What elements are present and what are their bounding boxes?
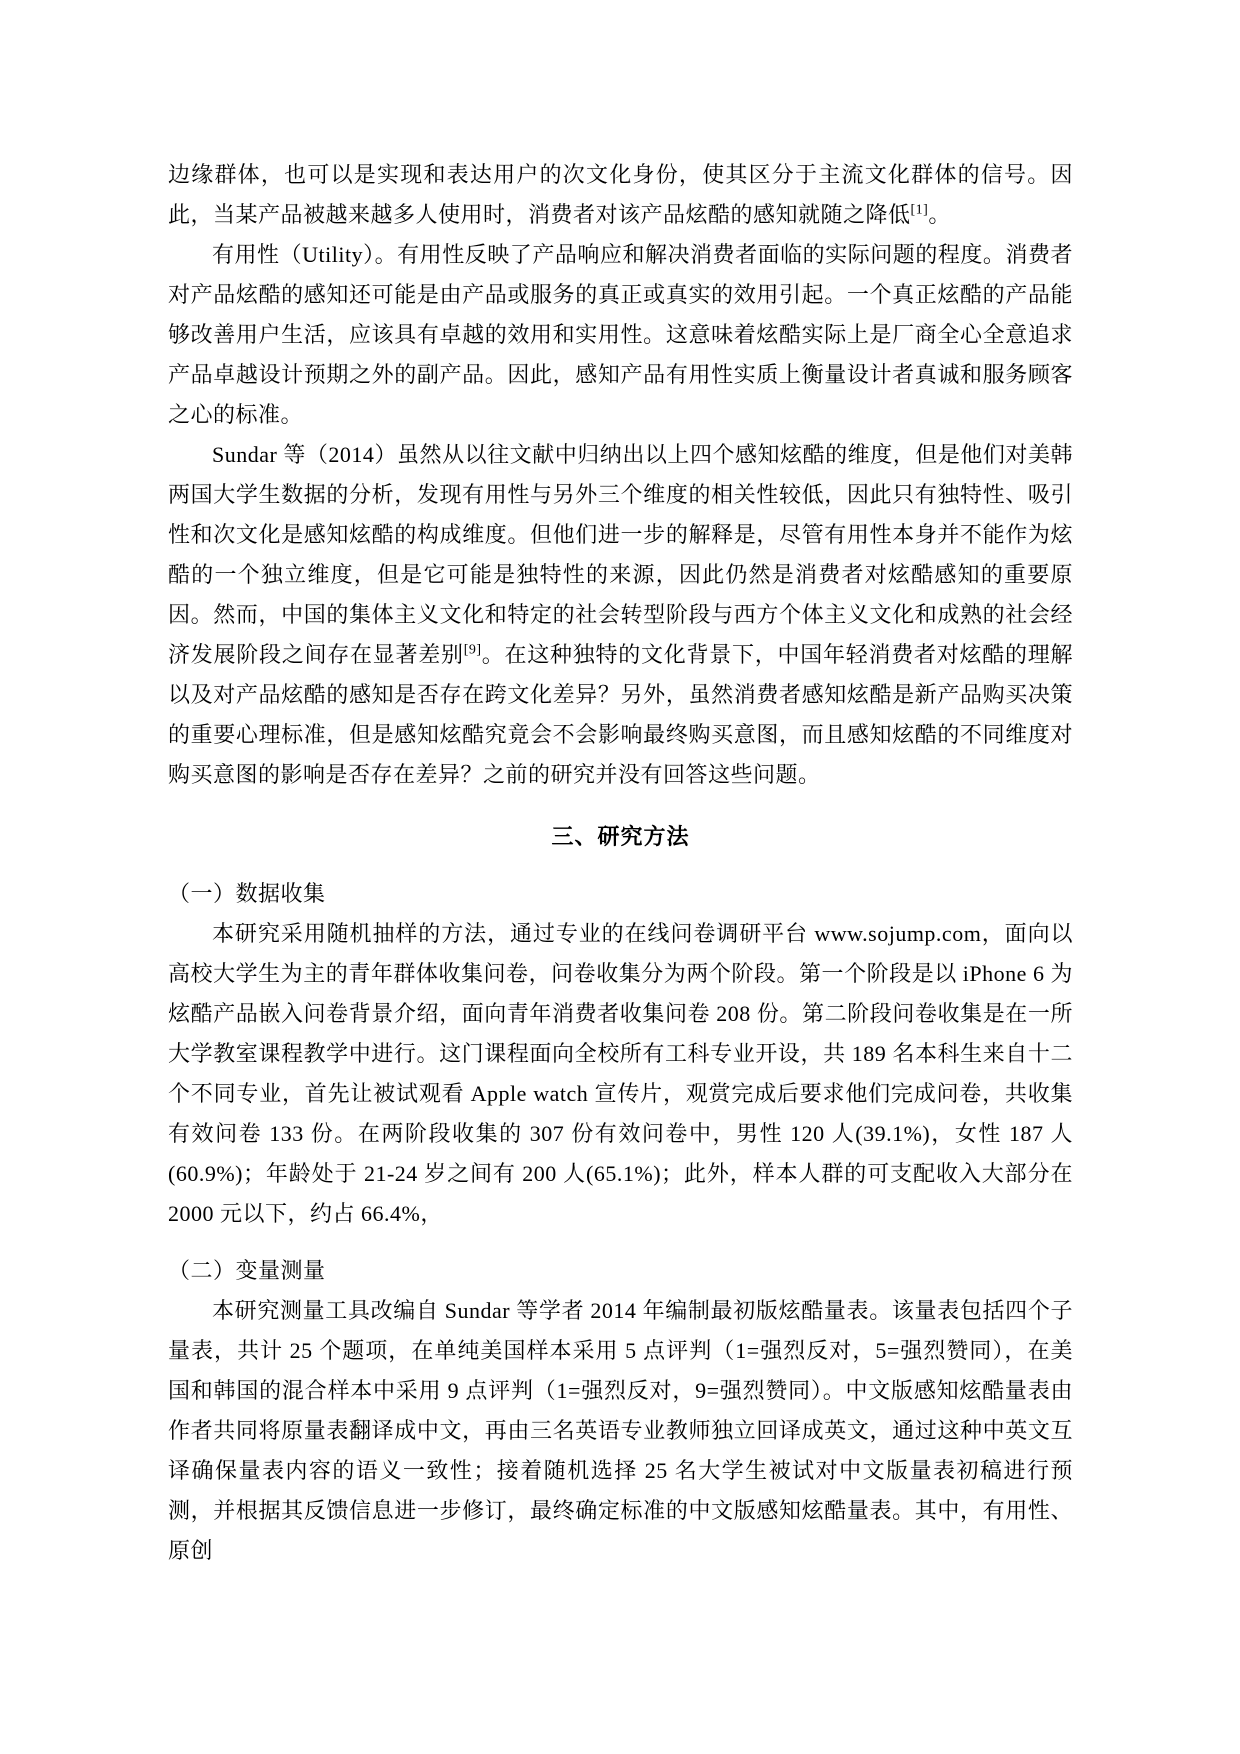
paragraph-variable-measurement: 本研究测量工具改编自 Sundar 等学者 2014 年编制最初版炫酷量表。该量… [168, 1291, 1073, 1571]
paragraph-text: Sundar 等（2014）虽然从以往文献中归纳出以上四个感知炫酷的维度，但是他… [168, 442, 1073, 667]
paragraph-sundar-dimensions: Sundar 等（2014）虽然从以往文献中归纳出以上四个感知炫酷的维度，但是他… [168, 435, 1073, 795]
paragraph-subculture-continued: 边缘群体，也可以是实现和表达用户的次文化身份，使其区分于主流文化群体的信号。因此… [168, 155, 1073, 235]
citation-ref-1: [1] [911, 203, 929, 218]
citation-ref-9: [9] [464, 643, 482, 658]
subsection-label-variable-measurement: （二）变量测量 [168, 1251, 1073, 1291]
paragraph-text: 。 [928, 202, 951, 227]
paragraph-utility: 有用性（Utility）。有用性反映了产品响应和解决消费者面临的实际问题的程度。… [168, 235, 1073, 435]
section-heading-research-method: 三、研究方法 [168, 817, 1073, 857]
subsection-label-data-collection: （一）数据收集 [168, 874, 1073, 914]
document-page: 边缘群体，也可以是实现和表达用户的次文化身份，使其区分于主流文化群体的信号。因此… [0, 0, 1240, 1754]
paragraph-data-collection: 本研究采用随机抽样的方法，通过专业的在线问卷调研平台 www.sojump.co… [168, 914, 1073, 1234]
